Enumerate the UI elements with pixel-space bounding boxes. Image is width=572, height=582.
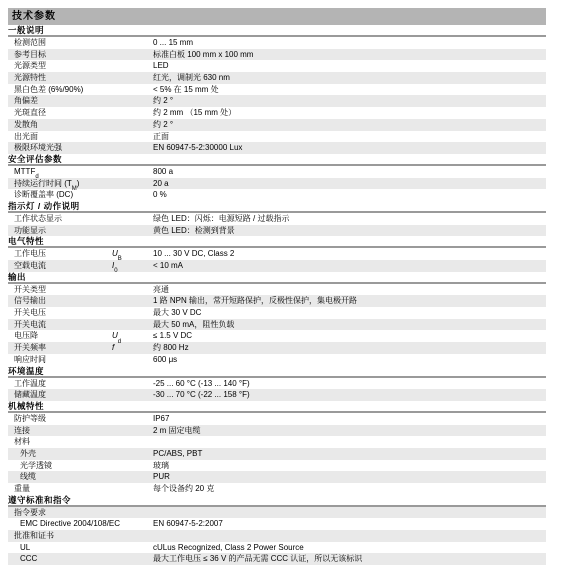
row-symbol — [112, 49, 153, 61]
spec-row: 储藏温度-30 ... 70 °C (-22 ... 158 °F) — [8, 389, 546, 401]
row-label: 光斑直径 — [8, 107, 112, 119]
spec-row: 开关频率f约 800 Hz — [8, 342, 546, 354]
row-value: 约 2 mm （15 mm 处） — [153, 107, 546, 119]
spec-row: 出光面正面 — [8, 131, 546, 143]
row-value: EN 60947-5-2:30000 Lux — [153, 142, 546, 154]
row-value: 最大 50 mA，阻性负载 — [153, 319, 546, 331]
row-label: 持续运行时间 (TM) — [8, 178, 112, 190]
row-value: 0 ... 15 mm — [153, 37, 546, 49]
section-header: 遵守标准和指令 — [8, 495, 546, 507]
row-symbol — [112, 107, 153, 119]
row-symbol — [112, 471, 153, 483]
row-symbol — [112, 84, 153, 96]
row-value: -25 ... 60 °C (-13 ... 140 °F) — [153, 378, 546, 390]
spec-row: MTTFd800 a — [8, 166, 546, 178]
spec-row: 工作电压UB10 ... 30 V DC, Class 2 — [8, 248, 546, 260]
row-symbol — [112, 37, 153, 49]
row-value: 800 a — [153, 166, 546, 178]
spec-row: EMC Directive 2004/108/ECEN 60947-5-2:20… — [8, 518, 546, 530]
row-value: 约 800 Hz — [153, 342, 546, 354]
spec-row: 开关电流最大 50 mA，阻性负载 — [8, 319, 546, 331]
spec-row: 重量每个设备约 20 克 — [8, 483, 546, 495]
row-symbol: Ud — [112, 330, 153, 342]
section-header: 一般说明 — [8, 25, 546, 37]
row-symbol — [112, 189, 153, 201]
row-symbol — [112, 95, 153, 107]
row-label: 重量 — [8, 483, 112, 495]
row-symbol — [112, 213, 153, 225]
row-value: 最大 30 V DC — [153, 307, 546, 319]
datasheet-page: 技术参数 一般说明检测范围0 ... 15 mm参考目标标准白板 100 mm … — [8, 8, 546, 565]
row-symbol — [112, 119, 153, 131]
spec-row: 参考目标标准白板 100 mm x 100 mm — [8, 49, 546, 61]
row-value — [153, 436, 546, 448]
row-symbol — [112, 178, 153, 190]
section-header: 电气特性 — [8, 236, 546, 248]
row-value: 约 2 ° — [153, 119, 546, 131]
spec-row: ULcULus Recognized, Class 2 Power Source — [8, 542, 546, 554]
row-value: 每个设备约 20 克 — [153, 483, 546, 495]
row-value: 红光，调制光 630 nm — [153, 72, 546, 84]
spec-row: 开关电压最大 30 V DC — [8, 307, 546, 319]
row-symbol — [112, 460, 153, 472]
row-value: 绿色 LED：闪烁：电源短路 / 过载指示 — [153, 213, 546, 225]
row-symbol — [112, 354, 153, 366]
section-header: 指示灯 / 动作说明 — [8, 201, 546, 213]
row-value: 玻璃 — [153, 460, 546, 472]
spec-row: 信号输出1 路 NPN 输出，常开短路保护，反极性保护，集电极开路 — [8, 295, 546, 307]
row-value: < 5% 在 15 mm 处 — [153, 84, 546, 96]
spec-row: 防护等级IP67 — [8, 413, 546, 425]
row-value — [153, 530, 546, 542]
spec-row: 批准和证书 — [8, 530, 546, 542]
row-value: 正面 — [153, 131, 546, 143]
row-value: 0 % — [153, 189, 546, 201]
row-value: cULus Recognized, Class 2 Power Source — [153, 542, 546, 554]
spec-table: 一般说明检测范围0 ... 15 mm参考目标标准白板 100 mm x 100… — [8, 25, 546, 565]
spec-row: 功能显示黄色 LED：检测到背景 — [8, 225, 546, 237]
row-label: 参考目标 — [8, 49, 112, 61]
row-symbol — [112, 72, 153, 84]
row-label: 材料 — [8, 436, 112, 448]
spec-row: 工作温度-25 ... 60 °C (-13 ... 140 °F) — [8, 378, 546, 390]
row-label: 线缆 — [8, 471, 112, 483]
spec-row: 诊断覆盖率 (DC)0 % — [8, 189, 546, 201]
spec-row: 指令要求 — [8, 507, 546, 519]
section-header: 输出 — [8, 272, 546, 284]
row-label: 极限环境光强 — [8, 142, 112, 154]
row-symbol — [112, 530, 153, 542]
row-value: 1 路 NPN 输出，常开短路保护，反极性保护，集电极开路 — [153, 295, 546, 307]
row-label: 光源类型 — [8, 60, 112, 72]
spec-row: 极限环境光强EN 60947-5-2:30000 Lux — [8, 142, 546, 154]
row-symbol — [112, 378, 153, 390]
row-label: 响应时间 — [8, 354, 112, 366]
row-label: 开关类型 — [8, 284, 112, 296]
spec-row: 连接2 m 固定电缆 — [8, 425, 546, 437]
row-label: 连接 — [8, 425, 112, 437]
row-symbol — [112, 483, 153, 495]
spec-row: 黑白色差 (6%/90%)< 5% 在 15 mm 处 — [8, 84, 546, 96]
row-value: -30 ... 70 °C (-22 ... 158 °F) — [153, 389, 546, 401]
row-value: 标准白板 100 mm x 100 mm — [153, 49, 546, 61]
row-value: ≤ 1.5 V DC — [153, 330, 546, 342]
row-label: 工作温度 — [8, 378, 112, 390]
spec-row: 空载电流I0< 10 mA — [8, 260, 546, 272]
row-symbol — [112, 436, 153, 448]
spec-row: 光学透镜玻璃 — [8, 460, 546, 472]
row-label: 开关频率 — [8, 342, 112, 354]
spec-row: CCC最大工作电压 ≤ 36 V 的产品无需 CCC 认证，所以无该标识 — [8, 553, 546, 565]
spec-row: 线缆PUR — [8, 471, 546, 483]
row-label: 防护等级 — [8, 413, 112, 425]
section-header: 机械特性 — [8, 401, 546, 413]
spec-row: 外壳PC/ABS, PBT — [8, 448, 546, 460]
row-label: 外壳 — [8, 448, 112, 460]
row-symbol — [112, 553, 153, 565]
row-symbol: UB — [112, 248, 153, 260]
spec-row: 光源类型LED — [8, 60, 546, 72]
row-label: UL — [8, 542, 112, 554]
spec-row: 响应时间600 μs — [8, 354, 546, 366]
row-label: 信号输出 — [8, 295, 112, 307]
row-label: 角偏差 — [8, 95, 112, 107]
row-label: 黑白色差 (6%/90%) — [8, 84, 112, 96]
spec-row: 材料 — [8, 436, 546, 448]
row-value: 2 m 固定电缆 — [153, 425, 546, 437]
row-symbol — [112, 542, 153, 554]
row-label: 批准和证书 — [8, 530, 112, 542]
row-value: 600 μs — [153, 354, 546, 366]
row-symbol — [112, 166, 153, 178]
row-value: 约 2 ° — [153, 95, 546, 107]
row-symbol — [112, 507, 153, 519]
section-header: 环境温度 — [8, 366, 546, 378]
row-symbol — [112, 284, 153, 296]
spec-row: 电压降Ud≤ 1.5 V DC — [8, 330, 546, 342]
row-label: 储藏温度 — [8, 389, 112, 401]
spec-row: 发散角约 2 ° — [8, 119, 546, 131]
row-symbol — [112, 425, 153, 437]
row-symbol — [112, 319, 153, 331]
row-label: 电压降 — [8, 330, 112, 342]
row-label: 开关电压 — [8, 307, 112, 319]
row-value: 20 a — [153, 178, 546, 190]
section-header: 安全评估参数 — [8, 154, 546, 166]
spec-row: 光斑直径约 2 mm （15 mm 处） — [8, 107, 546, 119]
spec-row: 开关类型亮通 — [8, 284, 546, 296]
row-symbol — [112, 518, 153, 530]
row-label: EMC Directive 2004/108/EC — [8, 518, 112, 530]
row-value: LED — [153, 60, 546, 72]
row-label: 指令要求 — [8, 507, 112, 519]
spec-row: 光源特性红光，调制光 630 nm — [8, 72, 546, 84]
row-label: 发散角 — [8, 119, 112, 131]
spec-row: 工作状态显示绿色 LED：闪烁：电源短路 / 过载指示 — [8, 213, 546, 225]
row-symbol — [112, 389, 153, 401]
row-value: < 10 mA — [153, 260, 546, 272]
row-symbol — [112, 225, 153, 237]
row-symbol — [112, 60, 153, 72]
row-label: 工作状态显示 — [8, 213, 112, 225]
row-label: 光学透镜 — [8, 460, 112, 472]
row-symbol — [112, 413, 153, 425]
row-value: EN 60947-5-2:2007 — [153, 518, 546, 530]
row-label: CCC — [8, 553, 112, 565]
row-value — [153, 507, 546, 519]
row-symbol — [112, 448, 153, 460]
row-symbol — [112, 295, 153, 307]
row-value: PC/ABS, PBT — [153, 448, 546, 460]
row-label: MTTFd — [8, 166, 112, 178]
row-value: IP67 — [153, 413, 546, 425]
row-label: 功能显示 — [8, 225, 112, 237]
row-label: 开关电流 — [8, 319, 112, 331]
row-symbol — [112, 142, 153, 154]
row-label: 光源特性 — [8, 72, 112, 84]
row-label: 空载电流 — [8, 260, 112, 272]
row-value: 亮通 — [153, 284, 546, 296]
page-title: 技术参数 — [8, 8, 546, 25]
row-label: 诊断覆盖率 (DC) — [8, 189, 112, 201]
spec-row: 检测范围0 ... 15 mm — [8, 37, 546, 49]
row-value: PUR — [153, 471, 546, 483]
row-value: 10 ... 30 V DC, Class 2 — [153, 248, 546, 260]
row-symbol — [112, 131, 153, 143]
row-value: 最大工作电压 ≤ 36 V 的产品无需 CCC 认证，所以无该标识 — [153, 553, 546, 565]
row-label: 工作电压 — [8, 248, 112, 260]
row-label: 出光面 — [8, 131, 112, 143]
row-label: 检测范围 — [8, 37, 112, 49]
spec-row: 角偏差约 2 ° — [8, 95, 546, 107]
row-value: 黄色 LED：检测到背景 — [153, 225, 546, 237]
spec-row: 持续运行时间 (TM)20 a — [8, 178, 546, 190]
row-symbol — [112, 307, 153, 319]
